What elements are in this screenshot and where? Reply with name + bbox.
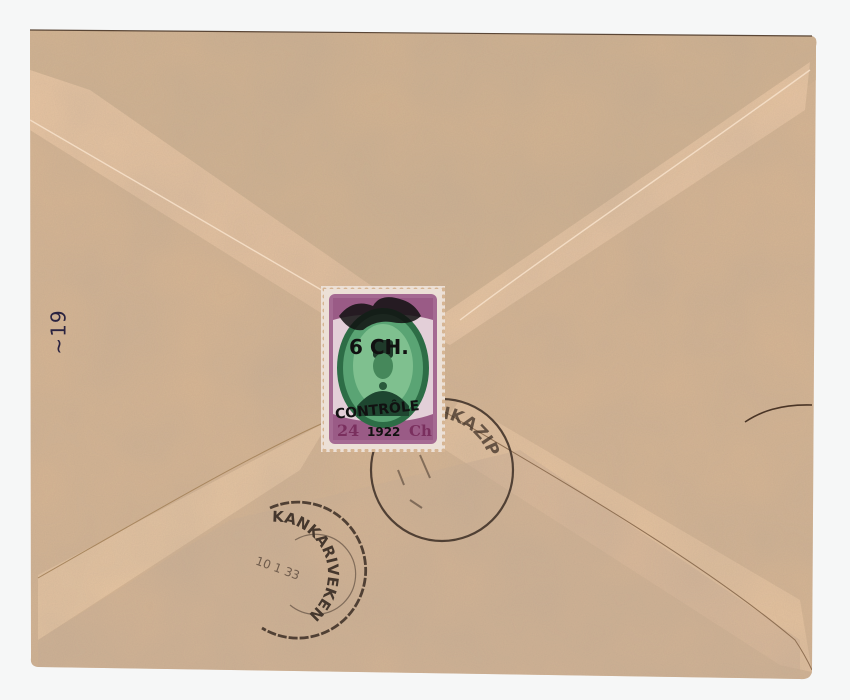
- postage-stamp: 24 Ch 6 CH. CONTRÔLE 1922: [321, 286, 445, 452]
- stamp-currency: Ch: [409, 422, 432, 440]
- stamp-overprint-value: 6 CH.: [349, 335, 409, 359]
- stamp-overprint-year: 1922: [367, 425, 400, 439]
- pencil-annotation: ~19: [47, 309, 71, 354]
- envelope-scene: OUMIKAZIP KANKARIVEKEN 10 1 33: [0, 0, 850, 700]
- stamp-denomination: 24: [337, 421, 359, 440]
